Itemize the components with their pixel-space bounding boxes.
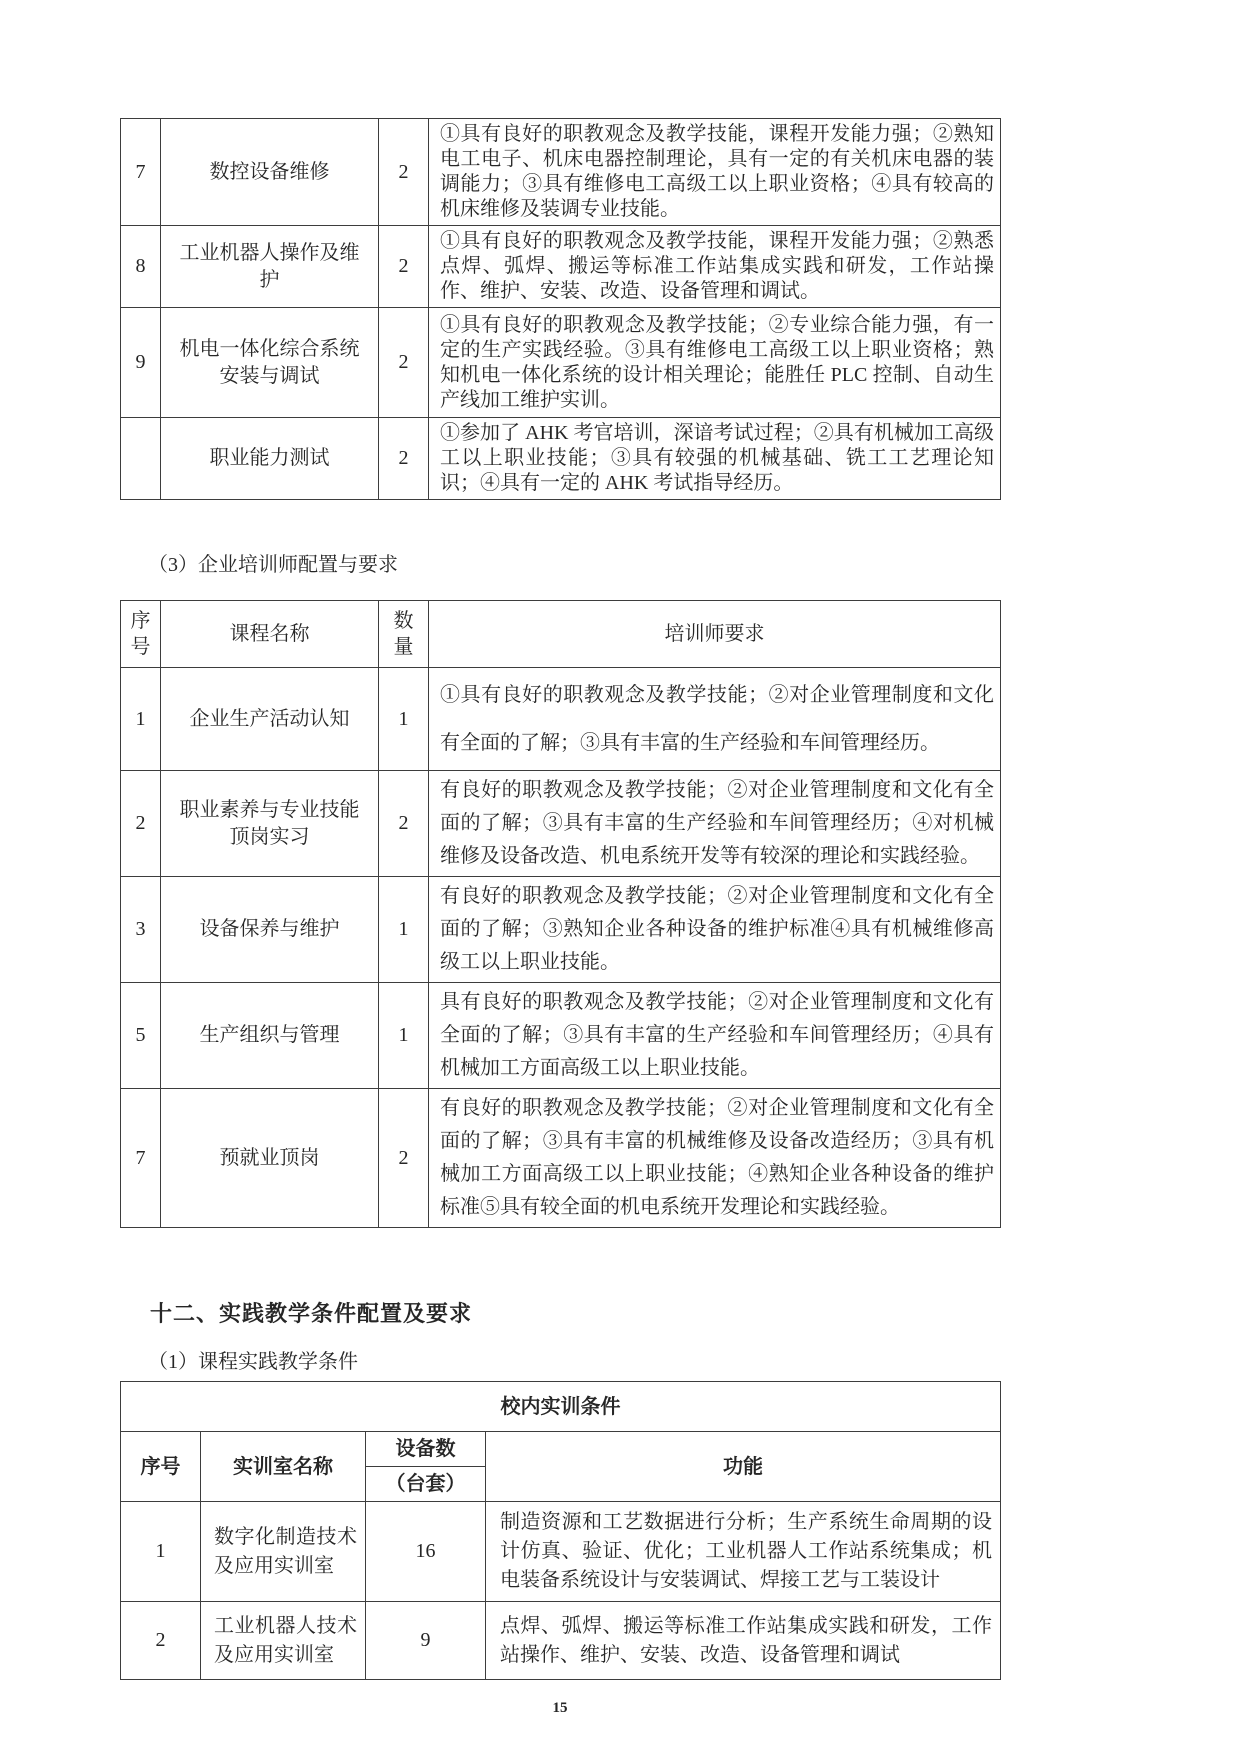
table-row: 职业能力测试 2 ①参加了 AHK 考官培训，深谙考试过程；②具有机械加工高级工… — [121, 418, 1001, 500]
subsection-heading-1: （1）课程实践教学条件 — [148, 1349, 1000, 1375]
row-number-cell: 5 — [121, 983, 161, 1089]
row-number-cell: 2 — [121, 1602, 201, 1680]
table-row: 7 预就业顶岗 2 有良好的职教观念及教学技能；②对企业管理制度和文化有全面的了… — [121, 1089, 1001, 1228]
count-cell: 2 — [379, 771, 429, 877]
header-no: 序号 — [121, 1432, 201, 1502]
table-header-row: 序号 课程名称 数量 培训师要求 — [121, 601, 1001, 668]
campus-training-table: 校内实训条件 序号 实训室名称 设备数 （台套） 功能 1 数字化制造技术及应用… — [120, 1381, 1001, 1680]
requirement-cell: ①具有良好的职教观念及教学技能；②专业综合能力强，有一定的生产实践经验。③具有维… — [429, 308, 1001, 418]
requirement-cell: ①参加了 AHK 考官培训，深谙考试过程；②具有机械加工高级工以上职业技能；③具… — [429, 418, 1001, 500]
header-room: 实训室名称 — [201, 1432, 366, 1502]
course-name-cell: 设备保养与维护 — [161, 877, 379, 983]
course-name-cell: 机电一体化综合系统安装与调试 — [161, 308, 379, 418]
requirement-cell: ①具有良好的职教观念及教学技能，课程开发能力强；②熟知电工电子、机床电器控制理论… — [429, 119, 1001, 226]
count-cell: 2 — [379, 226, 429, 308]
row-number-cell: 8 — [121, 226, 161, 308]
row-number-cell: 3 — [121, 877, 161, 983]
header-no: 序号 — [121, 601, 161, 668]
table-row: 2 职业素养与专业技能顶岗实习 2 有良好的职教观念及教学技能；②对企业管理制度… — [121, 771, 1001, 877]
header-req: 培训师要求 — [429, 601, 1001, 668]
table-row: 1 企业生产活动认知 1 ①具有良好的职教观念及教学技能；②对企业管理制度和文化… — [121, 668, 1001, 771]
requirement-cell: 有良好的职教观念及教学技能；②对企业管理制度和文化有全面的了解；③具有丰富的生产… — [429, 771, 1001, 877]
row-number-cell — [121, 418, 161, 500]
equipment-count-cell: 16 — [366, 1502, 486, 1602]
count-cell: 2 — [379, 119, 429, 226]
table-row: 2 工业机器人技术及应用实训室 9 点焊、弧焊、搬运等标准工作站集成实践和研发，… — [121, 1602, 1001, 1680]
row-number-cell: 9 — [121, 308, 161, 418]
table-title: 校内实训条件 — [121, 1382, 1001, 1432]
row-number-cell: 2 — [121, 771, 161, 877]
count-cell: 1 — [379, 877, 429, 983]
header-equipment-count-line1: 设备数 — [366, 1432, 485, 1467]
table-row: 5 生产组织与管理 1 具有良好的职教观念及教学技能；②对企业管理制度和文化有全… — [121, 983, 1001, 1089]
count-cell: 1 — [379, 983, 429, 1089]
header-equipment-count: 设备数 （台套） — [366, 1432, 486, 1502]
training-room-cell: 数字化制造技术及应用实训室 — [201, 1502, 366, 1602]
header-course: 课程名称 — [161, 601, 379, 668]
requirement-cell: 有良好的职教观念及教学技能；②对企业管理制度和文化有全面的了解；③熟知企业各种设… — [429, 877, 1001, 983]
row-number-cell: 1 — [121, 1502, 201, 1602]
count-cell: 1 — [379, 668, 429, 771]
table-title-row: 校内实训条件 — [121, 1382, 1001, 1432]
row-number-cell: 1 — [121, 668, 161, 771]
requirement-cell: ①具有良好的职教观念及教学技能，课程开发能力强；②熟悉点焊、弧焊、搬运等标准工作… — [429, 226, 1001, 308]
table-row: 8 工业机器人操作及维护 2 ①具有良好的职教观念及教学技能，课程开发能力强；②… — [121, 226, 1001, 308]
header-count: 数量 — [379, 601, 429, 668]
table-header-row: 序号 实训室名称 设备数 （台套） 功能 — [121, 1432, 1001, 1502]
course-name-cell: 企业生产活动认知 — [161, 668, 379, 771]
training-room-cell: 工业机器人技术及应用实训室 — [201, 1602, 366, 1680]
course-name-cell: 生产组织与管理 — [161, 983, 379, 1089]
requirement-cell: 有良好的职教观念及教学技能；②对企业管理制度和文化有全面的了解；③具有丰富的机械… — [429, 1089, 1001, 1228]
table-row: 1 数字化制造技术及应用实训室 16 制造资源和工艺数据进行分析；生产系统生命周… — [121, 1502, 1001, 1602]
requirement-cell: 具有良好的职教观念及教学技能；②对企业管理制度和文化有全面的了解；③具有丰富的生… — [429, 983, 1001, 1089]
table-row: 9 机电一体化综合系统安装与调试 2 ①具有良好的职教观念及教学技能；②专业综合… — [121, 308, 1001, 418]
course-name-cell: 职业素养与专业技能顶岗实习 — [161, 771, 379, 877]
section-heading-3: （3）企业培训师配置与要求 — [148, 552, 1000, 578]
course-name-cell: 工业机器人操作及维护 — [161, 226, 379, 308]
table-row: 3 设备保养与维护 1 有良好的职教观念及教学技能；②对企业管理制度和文化有全面… — [121, 877, 1001, 983]
count-cell: 2 — [379, 418, 429, 500]
enterprise-trainer-table: 序号 课程名称 数量 培训师要求 1 企业生产活动认知 1 ①具有良好的职教观念… — [120, 600, 1001, 1228]
header-equipment-count-line2: （台套） — [366, 1467, 485, 1501]
equipment-count-cell: 9 — [366, 1602, 486, 1680]
header-function: 功能 — [486, 1432, 1001, 1502]
function-cell: 制造资源和工艺数据进行分析；生产系统生命周期的设计仿真、验证、优化；工业机器人工… — [486, 1502, 1001, 1602]
function-cell: 点焊、弧焊、搬运等标准工作站集成实践和研发，工作站操作、维护、安装、改造、设备管… — [486, 1602, 1001, 1680]
section-heading-12: 十二、实践教学条件配置及要求 — [150, 1299, 1000, 1329]
course-name-cell: 职业能力测试 — [161, 418, 379, 500]
table-row: 7 数控设备维修 2 ①具有良好的职教观念及教学技能，课程开发能力强；②熟知电工… — [121, 119, 1001, 226]
page-number: 15 — [120, 1698, 1000, 1718]
course-name-cell: 数控设备维修 — [161, 119, 379, 226]
row-number-cell: 7 — [121, 1089, 161, 1228]
document-page: 7 数控设备维修 2 ①具有良好的职教观念及教学技能，课程开发能力强；②熟知电工… — [120, 0, 1000, 1718]
teacher-requirements-table-continued: 7 数控设备维修 2 ①具有良好的职教观念及教学技能，课程开发能力强；②熟知电工… — [120, 118, 1001, 500]
count-cell: 2 — [379, 1089, 429, 1228]
row-number-cell: 7 — [121, 119, 161, 226]
count-cell: 2 — [379, 308, 429, 418]
course-name-cell: 预就业顶岗 — [161, 1089, 379, 1228]
requirement-cell: ①具有良好的职教观念及教学技能；②对企业管理制度和文化有全面的了解；③具有丰富的… — [429, 668, 1001, 771]
